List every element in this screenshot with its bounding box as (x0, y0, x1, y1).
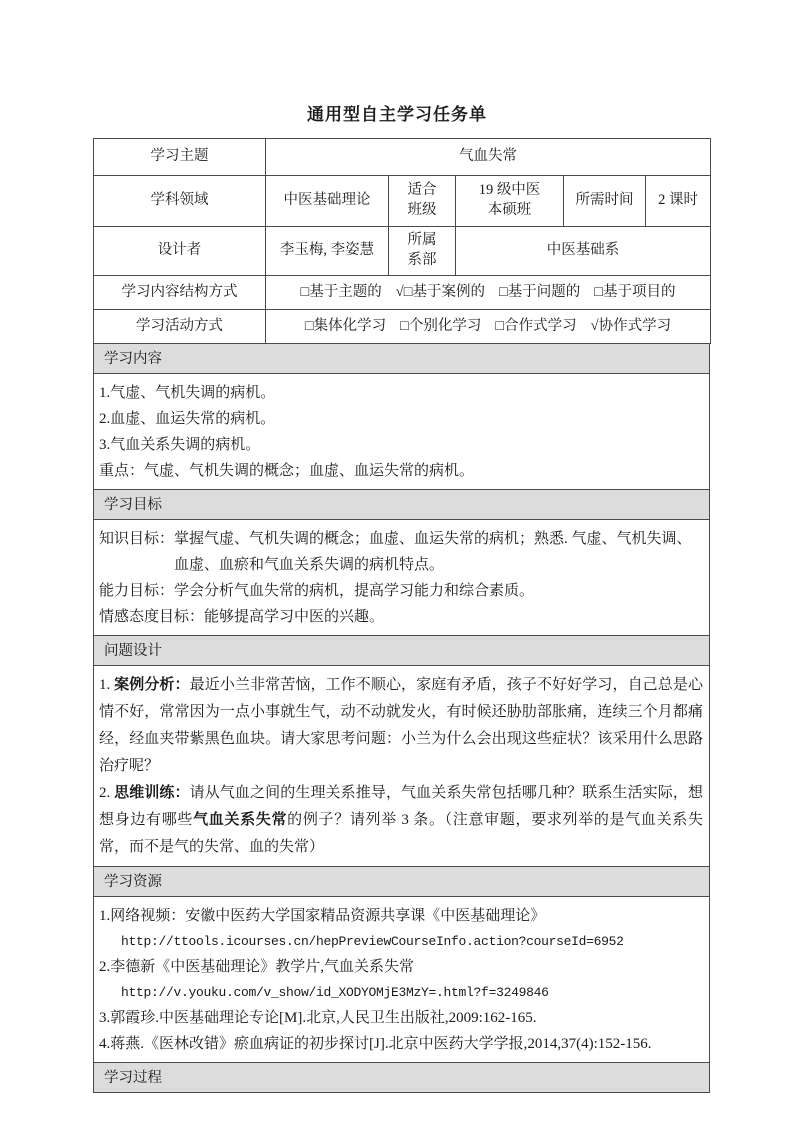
subject-label: 学科领域 (94, 176, 266, 227)
question-thinking-paragraph: 2. 思维训练：请从气血之间的生理关系推导，气血关系失常包括哪几种？联系生活实际… (99, 780, 703, 861)
question-case-text: 最近小兰非常苦恼，工作不顺心，家庭有矛盾，孩子不好好学习，自己总是心情不好，常常… (99, 677, 703, 774)
activity-option-collaborative-checked: √协作式学习 (591, 318, 671, 334)
goal-ability: 能力目标：学会分析气血失常的病机，提高学习能力和综合素质。 (99, 578, 703, 604)
section-body-questions: 1. 案例分析：最近小兰非常苦恼，工作不顺心，家庭有矛盾，孩子不好好学习，自己总… (94, 666, 709, 867)
structure-option-theme: □基于主题的 (301, 284, 382, 300)
designer-value: 李玉梅, 李姿慧 (266, 227, 389, 276)
section-header-questions: 问题设计 (94, 635, 709, 666)
class-value: 19 级中医 本硕班 (456, 176, 564, 227)
theme-label: 学习主题 (94, 139, 266, 176)
activity-option-cooperative: □合作式学习 (495, 318, 576, 334)
row-subject: 学科领域 中医基础理论 适合 班级 19 级中医 本硕班 所需时间 2 课时 (94, 176, 711, 227)
structure-label: 学习内容结构方式 (94, 276, 266, 310)
row-structure: 学习内容结构方式 □基于主题的√□基于案例的□基于问题的□基于项目的 (94, 276, 711, 310)
subject-value: 中医基础理论 (266, 176, 389, 227)
structure-option-project: □基于项目的 (594, 284, 675, 300)
section-body-content: 1.气虚、气机失调的病机。 2.血虚、血运失常的病机。 3.气血关系失调的病机。… (94, 374, 709, 490)
structure-options: □基于主题的√□基于案例的□基于问题的□基于项目的 (266, 276, 711, 310)
resource-item-2: 2.李德新《中医基础理论》教学片,气血关系失常 (99, 954, 703, 980)
activity-option-individual: □个别化学习 (400, 318, 481, 334)
time-label: 所需时间 (564, 176, 646, 227)
content-line-keypoints: 重点：气虚、气机失调的概念；血虚、血运失常的病机。 (99, 458, 703, 484)
section-header-content: 学习内容 (94, 343, 709, 374)
section-header-process: 学习过程 (94, 1062, 709, 1093)
activity-options: □集体化学习□个别化学习□合作式学习√协作式学习 (266, 310, 711, 344)
question-case-paragraph: 1. 案例分析：最近小兰非常苦恼，工作不顺心，家庭有矛盾，孩子不好好学习，自己总… (99, 672, 703, 780)
department-value: 中医基础系 (456, 227, 711, 276)
page-title: 通用型自主学习任务单 (0, 0, 794, 138)
section-header-resources: 学习资源 (94, 866, 709, 897)
question-case-lead: 案例分析： (114, 677, 190, 693)
goal-knowledge-line2: 血虚、血瘀和气血关系失调的病机特点。 (99, 552, 703, 578)
content-line-3: 3.气血关系失调的病机。 (99, 432, 703, 458)
resource-item-4: 4.蒋燕.《医林改错》瘀血病证的初步探讨[J].北京中医药大学学报,2014,3… (99, 1031, 703, 1057)
document-body: 学习主题 气血失常 学科领域 中医基础理论 适合 班级 19 级中医 本硕班 所… (93, 138, 710, 1093)
document-page: 通用型自主学习任务单 学习主题 气血失常 学科领域 中医基础理论 适合 班级 1… (0, 0, 794, 1123)
activity-option-collective: □集体化学习 (305, 318, 386, 334)
question-case-number: 1. (99, 677, 114, 693)
time-value: 2 课时 (646, 176, 711, 227)
content-line-2: 2.血虚、血运失常的病机。 (99, 406, 703, 432)
row-designer: 设计者 李玉梅, 李姿慧 所属 系部 中医基础系 (94, 227, 711, 276)
question-thinking-lead: 思维训练： (114, 785, 190, 801)
section-body-resources: 1.网络视频：安徽中医药大学国家精品资源共享课《中医基础理论》 http://t… (94, 897, 709, 1063)
department-label: 所属 系部 (389, 227, 456, 276)
activity-label: 学习活动方式 (94, 310, 266, 344)
section-body-goals: 知识目标：掌握气虚、气机失调的概念；血虚、血运失常的病机；熟悉. 气虚、气机失调… (94, 520, 709, 636)
section-header-goals: 学习目标 (94, 489, 709, 520)
question-thinking-bold-term: 气血关系失常 (193, 812, 287, 828)
resource-item-1: 1.网络视频：安徽中医药大学国家精品资源共享课《中医基础理论》 (99, 903, 703, 929)
question-thinking-number: 2. (99, 785, 114, 801)
theme-value: 气血失常 (266, 139, 711, 176)
info-table: 学习主题 气血失常 学科领域 中医基础理论 适合 班级 19 级中医 本硕班 所… (93, 138, 711, 344)
designer-label: 设计者 (94, 227, 266, 276)
goal-knowledge-line1: 知识目标：掌握气虚、气机失调的概念；血虚、血运失常的病机；熟悉. 气虚、气机失调… (99, 526, 703, 552)
row-theme: 学习主题 气血失常 (94, 139, 711, 176)
content-line-1: 1.气虚、气机失调的病机。 (99, 380, 703, 406)
resource-url-1: http://ttools.icourses.cn/hepPreviewCour… (99, 929, 703, 954)
class-label: 适合 班级 (389, 176, 456, 227)
resource-url-2: http://v.youku.com/v_show/id_XODYOMjE3Mz… (99, 980, 703, 1005)
structure-option-problem: □基于问题的 (499, 284, 580, 300)
goal-attitude: 情感态度目标：能够提高学习中医的兴趣。 (99, 604, 703, 630)
structure-option-case-checked: √□基于案例的 (396, 284, 485, 300)
sections: 学习内容 1.气虚、气机失调的病机。 2.血虚、血运失常的病机。 3.气血关系失… (93, 343, 710, 1093)
row-activity: 学习活动方式 □集体化学习□个别化学习□合作式学习√协作式学习 (94, 310, 711, 344)
resource-item-3: 3.郭霞珍.中医基础理论专论[M].北京,人民卫生出版社,2009:162-16… (99, 1005, 703, 1031)
